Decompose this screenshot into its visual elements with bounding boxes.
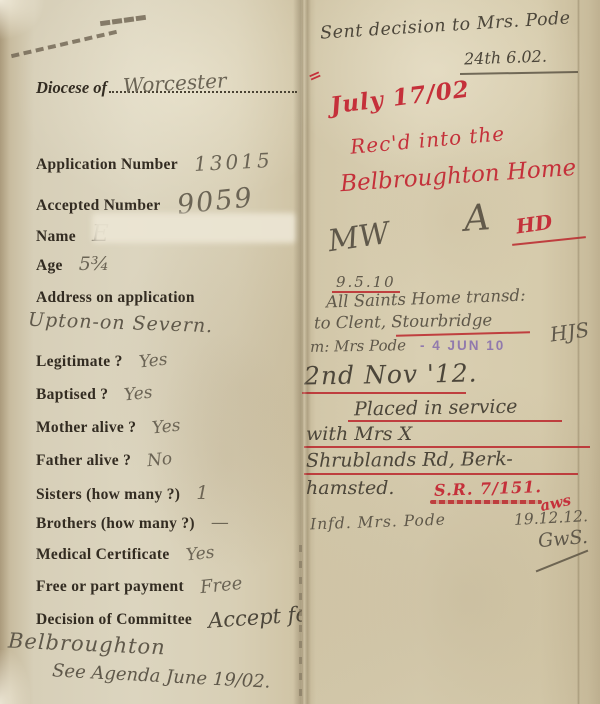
received-note-line2: Belbroughton Home: [339, 155, 577, 197]
red-squiggle-underline: [430, 500, 542, 504]
sent-decision-note: Sent decision to Mrs. Pode: [320, 8, 572, 43]
field-payment: Free or part payment Free: [36, 575, 242, 596]
service-reference-red: S.R. 7/151.: [434, 477, 543, 500]
field-label: Name: [36, 228, 76, 246]
pencil-underline: [460, 71, 578, 75]
transfer-note-line2: to Clent, Stourbridge: [314, 310, 493, 332]
field-application-number: Application Number 13015: [36, 150, 273, 174]
field-brothers: Brothers (how many ?) —: [36, 512, 229, 533]
red-underline: [348, 420, 562, 422]
field-mother-alive: Mother alive ? Yes: [36, 417, 181, 437]
service-note-line1: Placed in service: [354, 396, 518, 421]
field-address-value: Upton-on Severn.: [28, 309, 214, 337]
field-label: Medical Certificate: [36, 546, 170, 564]
field-label: Age: [36, 257, 63, 275]
field-label: Mother alive ?: [36, 419, 136, 437]
sent-decision-date: 24th 6.02.: [464, 47, 548, 69]
service-date: 2nd Nov '12.: [304, 358, 478, 390]
field-address-label: Address on application: [36, 289, 195, 307]
field-label: Sisters (how many ?): [36, 486, 180, 504]
service-note-line4: hamsted.: [306, 477, 394, 499]
form-page: Diocese ofWorcester Application Number 1…: [0, 0, 302, 704]
decision-place-handwritten: Belbroughton: [8, 629, 167, 660]
transfer-note-line3: m: Mrs Pode: [310, 336, 406, 356]
diocese-line: Diocese ofWorcester: [36, 78, 297, 98]
diocese-value-handwritten: Worcester: [122, 68, 227, 97]
field-age: Age 5¾: [36, 253, 109, 275]
monogram-hjs: HJS: [549, 317, 591, 346]
field-value: 1: [196, 482, 208, 504]
field-value: 13015: [193, 148, 273, 176]
red-underline: [304, 473, 578, 475]
monogram-a: A: [463, 197, 492, 240]
document-scan: Diocese ofWorcester Application Number 1…: [0, 0, 600, 704]
monogram-hd-red: HD: [515, 210, 554, 239]
agenda-note: See Agenda June 19/02.: [52, 660, 271, 692]
paper-crease: [577, 0, 580, 704]
binding-stitch-marks: [100, 15, 146, 26]
date-stamp: - 4 JUN 10: [420, 338, 505, 353]
field-value: No: [146, 449, 173, 472]
field-value: 5¾: [79, 253, 110, 275]
pencil-underline: [536, 550, 589, 573]
field-father-alive: Father alive ? No: [36, 450, 172, 470]
field-label: Father alive ?: [36, 452, 131, 470]
field-medical-certificate: Medical Certificate Yes: [36, 544, 214, 564]
field-value: Free: [199, 573, 243, 598]
field-label: Address on application: [36, 289, 195, 307]
service-note-line3: Shrublands Rd, Berk-: [306, 448, 513, 472]
field-value: —: [211, 512, 229, 533]
notes-page: Sent decision to Mrs. Pode 24th 6.02. = …: [302, 0, 600, 704]
red-underline: [302, 392, 466, 394]
gutter-stitches: [299, 545, 302, 704]
monogram-mw: MW: [326, 216, 392, 259]
field-value: Yes: [123, 383, 153, 406]
field-label: Free or part payment: [36, 578, 184, 596]
diocese-dotted-line: Worcester: [109, 91, 297, 93]
field-label: Baptised ?: [36, 386, 108, 404]
field-sisters: Sisters (how many ?) 1: [36, 482, 208, 504]
field-label: Brothers (how many ?): [36, 515, 195, 533]
field-label: Application Number: [36, 156, 178, 174]
diocese-label: Diocese of: [36, 78, 107, 97]
red-underline: [396, 331, 530, 337]
field-label: Decision of Committee: [36, 611, 192, 629]
received-note-line1: Rec'd into the: [349, 121, 506, 158]
page-fold-gutter: [293, 0, 311, 704]
field-decision: Decision of Committee Accept for: [36, 605, 318, 629]
name-redaction: [92, 213, 296, 243]
field-value: Yes: [151, 416, 181, 439]
field-legitimate: Legitimate ? Yes: [36, 351, 167, 371]
torn-paper-edge: [0, 0, 46, 40]
torn-paper-edge: [0, 650, 30, 704]
field-value: Yes: [138, 350, 168, 373]
field-baptised: Baptised ? Yes: [36, 384, 153, 404]
received-date-red: July 17/02: [329, 76, 471, 120]
transfer-date: 9.5.10: [336, 273, 396, 291]
field-value: Yes: [185, 543, 215, 566]
informed-note: Infd. Mrs. Pode: [310, 511, 446, 534]
service-note-line2: with Mrs X: [306, 423, 412, 445]
field-label: Legitimate ?: [36, 353, 123, 371]
monogram-gws: GwS.: [537, 526, 589, 552]
